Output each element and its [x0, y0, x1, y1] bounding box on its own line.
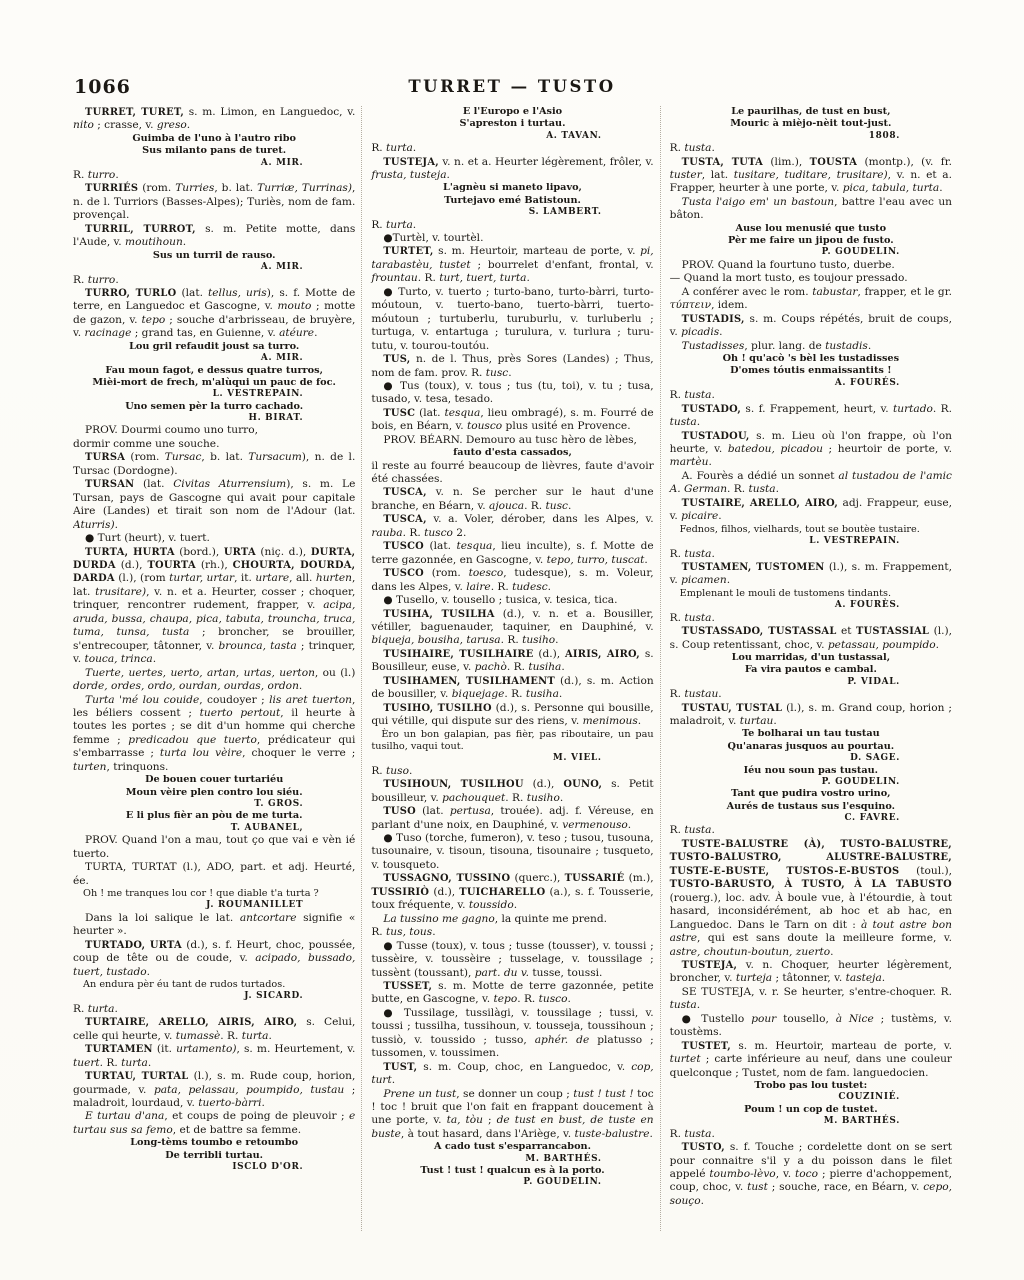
dict-block-attrib: P. VIDAL. [670, 677, 952, 689]
dict-block-entry: SE TUSTEJA, v. r. Se heurter, s'entre-ch… [670, 986, 952, 1013]
dict-block-verse: fauto d'esta cassados, [371, 447, 653, 459]
dict-block-entry: TUSTET, s. m. Heurtoir, marteau de porte… [670, 1040, 952, 1080]
dict-block-entry: ●Turtèl, v. tourtèl. [371, 232, 653, 245]
dict-block-entry: TUSIHAMEN, TUSILHAMENT (d.), s. m. Actio… [371, 675, 653, 702]
dict-block-verse: Ause lou menusié que tustoPèr me faire u… [670, 223, 952, 248]
dict-block-entry: TURTAIRE, ARELLO, AIRIS, AIRO, s. Celui,… [73, 1016, 355, 1043]
dict-block-entry: TUSIHOUN, TUSILHOU (d.), OUNO, s. Petit … [371, 778, 653, 805]
dict-block-plain: — Quand la mort tusto, es toujour pressa… [670, 272, 952, 285]
dict-block-attrib: A. TAVAN. [371, 131, 653, 143]
dict-block-plain: R. turta. [371, 219, 653, 232]
dict-block-attrib: L. VESTREPAIN. [73, 389, 355, 401]
dict-block-quote: Èro un bon galapian, pas fièr, pas ribou… [371, 729, 653, 754]
dict-block-entry: TUSCA, v. n. Se percher sur le haut d'un… [371, 486, 653, 513]
dict-block-entry: TUSTADIS, s. m. Coups répétés, bruit de … [670, 313, 952, 340]
dict-block-entry: TUSTASSADO, TUSTASSAL et TUSTASSIAL (l.)… [670, 625, 952, 652]
dict-block-entry: TURTAMEN (it. urtamento), s. m. Heurteme… [73, 1043, 355, 1070]
dict-block-entry: Dans la loi salique le lat. antcortare s… [73, 912, 355, 939]
dict-block-verse: Lou marridas, d'un tustassal,Fa vira pau… [670, 652, 952, 677]
dict-block-verse: Iéu nou soun pas tustau. [670, 765, 952, 777]
dict-block-verse: Tust ! tust ! qualcun es à la porto. [371, 1165, 653, 1177]
dict-block-entry: TUSCO (lat. tesqua, lieu inculte), s. f.… [371, 540, 653, 567]
column-1: TURRET, TURET, s. m. Limon, en Languedoc… [73, 106, 361, 1231]
column-3: Le paurilhas, de tust en bust,Mouric à m… [660, 106, 958, 1231]
dict-block-entry: TUSO (lat. pertusa, trouée). adj. f. Vér… [371, 805, 653, 832]
dict-block-plain: R. tuso. [371, 765, 653, 778]
dict-block-verse: A cado tust s'esparrancabon. [371, 1141, 653, 1153]
dict-block-entry: TUSCA, v. a. Voler, dérober, dans les Al… [371, 513, 653, 540]
dict-block-plain: R. tus, tous. [371, 926, 653, 939]
dict-block-verse: E l'Europo e l'AsioS'apreston i turtau. [371, 106, 653, 131]
dict-block-entry: TURTET, s. m. Heurtoir, marteau de porte… [371, 245, 653, 285]
dict-block-verse: Sus un turril de rauso. [73, 250, 355, 262]
dict-block-verse: Uno semen pèr la turro cachado. [73, 401, 355, 413]
dict-block-entry: Prene un tust, se donner un coup ; tust … [371, 1088, 653, 1142]
dict-block-entry: TURRIÉS (rom. Turries, b. lat. Turriæ, T… [73, 182, 355, 222]
dict-block-entry: TUSIHAIRE, TUSILHAIRE (d.), AIRIS, AIRO,… [371, 648, 653, 675]
dict-block-verse: Oh ! qu'acò 's bèl les tustadissesD'omes… [670, 353, 952, 378]
dict-block-entry: TUSTA, TUTA (lim.), TOUSTA (montp.), (v.… [670, 156, 952, 196]
dict-block-plain: R. turro. [73, 274, 355, 287]
dict-block-attrib: A. FOURÈS. [670, 600, 952, 612]
dict-block-plain: R. tusta. [670, 1128, 952, 1141]
dict-block-verse: De bouen couer turtariéuMoun vèire plen … [73, 774, 355, 799]
dict-block-attrib: C. FAVRE. [670, 813, 952, 825]
dict-block-entry: Turta 'mé lou couide, coudoyer ; lis are… [73, 694, 355, 775]
dict-block-attrib: COUZINIÉ. [670, 1092, 952, 1104]
dict-block-entry: TUSSAGNO, TUSSINO (querc.), TUSSARIÉ (m.… [371, 872, 653, 912]
dict-block-entry: Tustadisses, plur. lang. de tustadis. [670, 340, 952, 353]
page-header: 1066 TURRET — TUSTO [0, 76, 1024, 102]
dict-block-attrib: P. GOUDELIN. [670, 777, 952, 789]
dict-block-attrib: P. GOUDELIN. [371, 1177, 653, 1189]
dict-block-entry: TURTA, HURTA (bord.), URTA (niç. d.), DU… [73, 546, 355, 667]
dict-block-quote: Oh ! me tranques lou cor ! que diable t'… [73, 888, 355, 900]
dict-block-attrib: P. GOUDELIN. [670, 247, 952, 259]
dict-block-entry: ● Turt (heurt), v. tuert. [73, 532, 355, 545]
dict-block-attrib: T. AUBANEL, [73, 823, 355, 835]
dict-block-plain: R. tusta. [670, 548, 952, 561]
dict-block-entry: La tussino me gagno, la quinte me prend. [371, 913, 653, 926]
dict-block-entry: PROV. BÉARN. Demouro au tusc hèro de lèb… [371, 434, 653, 447]
dict-block-entry: TURSA (rom. Tursac, b. lat. Tursacum), n… [73, 451, 355, 478]
dict-block-entry: A conférer avec le rom. tabustar, frappe… [670, 286, 952, 313]
dict-block-attrib: 1808. [670, 131, 952, 143]
dict-block-attrib: J. SICARD. [73, 991, 355, 1003]
dict-block-entry: PROV. Quand l'on a mau, tout ço que vai … [73, 834, 355, 861]
running-head: TURRET — TUSTO [0, 77, 1024, 96]
dict-block-plain: R. tusta. [670, 824, 952, 837]
dict-block-quote: Fednos, filhos, vielhards, tout se boutè… [670, 524, 952, 536]
dict-block-quote: Emplenant le mouli de tustomens tindants… [670, 588, 952, 600]
dict-block-attrib: S. LAMBERT. [371, 207, 653, 219]
dict-block-entry: TUSIHO, TUSILHO (d.), s. Personne qui bo… [371, 702, 653, 729]
dict-block-attrib: M. BARTHÉS. [371, 1154, 653, 1166]
dict-block-attrib: M. BARTHÉS. [670, 1116, 952, 1128]
dict-block-entry: TURTADO, URTA (d.), s. f. Heurt, choc, p… [73, 939, 355, 979]
dict-block-verse: Lou gril refaudit joust sa turro. [73, 341, 355, 353]
dict-block-entry: TURRO, TURLO (lat. tellus, uris), s. f. … [73, 287, 355, 341]
dict-block-entry: PROV. Quand la fourtuno tusto, duerbe. [670, 259, 952, 272]
dict-block-quote: An endura pèr éu tant de rudos turtados. [73, 979, 355, 991]
dict-block-attrib: M. VIEL. [371, 753, 653, 765]
dict-block-entry: PROV. Dourmi coumo uno turro, [73, 424, 355, 437]
dict-block-entry: TUSTADO, s. f. Frappement, heurt, v. tur… [670, 403, 952, 430]
dict-block-attrib: L. VESTREPAIN. [670, 536, 952, 548]
dict-block-plain: R. tustau. [670, 688, 952, 701]
dict-block-attrib: A. MIR. [73, 353, 355, 365]
dict-block-attrib: ISCLO D'OR. [73, 1162, 355, 1174]
dict-block-verse: Guimba de l'uno à l'autro riboSus milant… [73, 133, 355, 158]
dict-block-verse: Le paurilhas, de tust en bust,Mouric à m… [670, 106, 952, 131]
dict-block-plain: R. turta. [73, 1003, 355, 1016]
dict-block-entry: Tusta l'aigo em' un bastoun, battre l'ea… [670, 196, 952, 223]
dict-block-entry: TUSSET, s. m. Motte de terre gazonnée, p… [371, 980, 653, 1007]
dict-block-attrib: H. BIRAT. [73, 413, 355, 425]
dict-block-entry: TUSTEJA, v. n. Choquer, heurter légèreme… [670, 959, 952, 986]
dict-block-entry: TUST, s. m. Coup, choc, en Languedoc, v.… [371, 1061, 653, 1088]
dict-block-entry: TUSTE-BALUSTRE (À), TUSTO-BALUSTRE, TUST… [670, 838, 952, 959]
dict-block-verse: Trobo pas lou tustet: [670, 1080, 952, 1092]
dict-block-plain: R. tusta. [670, 389, 952, 402]
dict-block-plain: dormir comme une souche. [73, 438, 355, 451]
dict-block-entry: TUS, n. de l. Thus, près Sores (Landes) … [371, 353, 653, 380]
dict-block-entry: ● Turto, v. tuerto ; turto-bano, turto-b… [371, 286, 653, 353]
dict-block-entry: TURSAN (lat. Civitas Aturrensium), s. m.… [73, 478, 355, 532]
dict-block-entry: ● Tusse (toux), v. tous ; tusse (tousser… [371, 940, 653, 980]
column-2: E l'Europo e l'AsioS'apreston i turtau.A… [361, 106, 659, 1231]
dict-block-entry: TUSCO (rom. toesco, tudesque), s. m. Vol… [371, 567, 653, 594]
dict-block-verse: L'agnèu si maneto lipavo,Turtejavo emé B… [371, 182, 653, 207]
dict-block-attrib: A. FOURÉS. [670, 378, 952, 390]
dict-block-plain: R. tusta. [670, 142, 952, 155]
dict-block-entry: TURRIL, TURROT, s. m. Petite motte, dans… [73, 223, 355, 250]
dict-block-verse: Te bolharai un tau tustauQu'anaras jusqu… [670, 728, 952, 753]
dict-block-entry: TUSTAU, TUSTAL (l.), s. m. Grand coup, h… [670, 702, 952, 729]
dict-block-entry: TUSTADOU, s. m. Lieu où l'on frappe, où … [670, 430, 952, 470]
dict-block-entry: ● Tustello pour tousello, à Nice ; tustè… [670, 1013, 952, 1040]
dict-block-attrib: A. MIR. [73, 158, 355, 170]
dict-block-entry: TUSTAIRE, ARELLO, AIRO, adj. Frappeur, e… [670, 497, 952, 524]
dict-block-attrib: A. MIR. [73, 262, 355, 274]
dict-block-plain: R. turro. [73, 169, 355, 182]
dict-block-attrib: J. ROUMANILLET [73, 900, 355, 912]
dict-block-plain: R. tusta. [670, 612, 952, 625]
dict-block-attrib: D. SAGE. [670, 753, 952, 765]
dict-block-attrib: T. GROS. [73, 799, 355, 811]
dict-block-verse: E li plus fièr an pòu de me turta. [73, 810, 355, 822]
dict-block-entry: TUSTO, s. f. Touche ; cordelette dont on… [670, 1141, 952, 1208]
dict-block-entry: TUSTAMEN, TUSTOMEN (l.), s. m. Frappemen… [670, 561, 952, 588]
dict-block-entry: Tuerte, uertes, uerto, artan, urtas, uer… [73, 667, 355, 694]
columns: TURRET, TURET, s. m. Limon, en Languedoc… [73, 106, 958, 1231]
dict-block-entry: ● Tussilage, tussilàgi, v. toussilage ; … [371, 1007, 653, 1061]
dict-block-entry: TUSC (lat. tesqua, lieu ombragé), s. m. … [371, 407, 653, 434]
dict-block-entry: TUSTEJA, v. n. et a. Heurter légèrement,… [371, 156, 653, 183]
dict-block-verse: Tant que pudira vostro urino,Aurés de tu… [670, 788, 952, 813]
dict-block-plain: R. turta. [371, 142, 653, 155]
dictionary-page: 1066 TURRET — TUSTO TURRET, TURET, s. m.… [0, 0, 1024, 1280]
dict-block-entry: ● Tusello, v. tousello ; tusica, v. tesi… [371, 594, 653, 607]
dict-block-plain: il reste au fourré beaucoup de lièvres, … [371, 460, 653, 487]
dict-block-entry: ● Tus (toux), v. tous ; tus (tu, toi), v… [371, 380, 653, 407]
dict-block-entry: TUSIHA, TUSILHA (d.), v. n. et a. Bousil… [371, 608, 653, 648]
dict-block-verse: Poum ! un cop de tustet. [670, 1104, 952, 1116]
dict-block-entry: TURTA, TURTAT (l.), ADO, part. et adj. H… [73, 861, 355, 888]
dict-block-verse: Fau moun fagot, e dessus quatre turros,M… [73, 365, 355, 390]
dict-block-entry: TURTAU, TURTAL (l.), s. m. Rude coup, ho… [73, 1070, 355, 1110]
dict-block-verse: Long-tèms toumbo e retoumboDe terribli t… [73, 1137, 355, 1162]
dict-block-entry: A. Fourès a dédié un sonnet al tustadou … [670, 470, 952, 497]
dict-block-entry: TURRET, TURET, s. m. Limon, en Languedoc… [73, 106, 355, 133]
dict-block-entry: E turtau d'ana, et coups de poing de ple… [73, 1110, 355, 1137]
dict-block-entry: ● Tuso (torche, fumeron), v. teso ; tuso… [371, 832, 653, 872]
